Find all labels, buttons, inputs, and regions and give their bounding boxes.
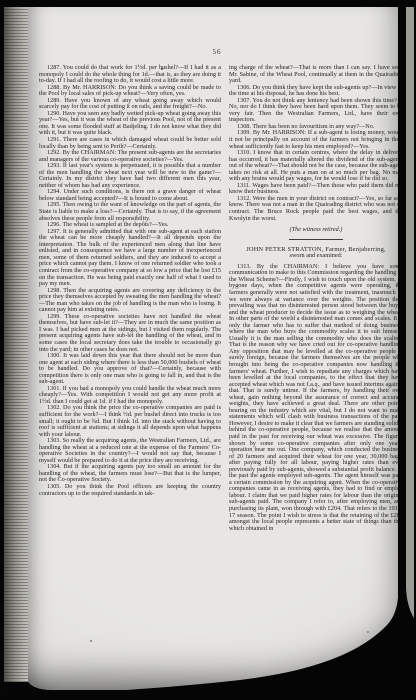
witness-retired-note: (The witness retired.) bbox=[229, 227, 403, 234]
qa-paragraph: 1300. It was laid down this year that th… bbox=[39, 353, 221, 386]
qa-paragraph: 1304. But if the acquiring agents pay to… bbox=[39, 464, 221, 484]
qa-paragraph: 1306. Do you think they have kept the su… bbox=[229, 85, 403, 98]
qa-paragraph: 1302. Do you think the price the co-oper… bbox=[39, 405, 221, 438]
qa-paragraph: 1311. Wages have been paid?—Then those w… bbox=[229, 183, 403, 196]
qa-paragraph: 1307. You do not think any leniency had … bbox=[229, 98, 403, 124]
left-text-column: 1287. You could do that work for 1½d. pe… bbox=[39, 65, 221, 532]
qa-paragraph: 1293. If last year's system is perpetuat… bbox=[39, 163, 221, 189]
qa-paragraph: 1310. I know that in certain centres, wh… bbox=[229, 150, 403, 183]
testimony-paragraph: 1313. By the CHAIRMAN: I believe you hav… bbox=[229, 264, 403, 532]
qa-paragraph: 1312. Were the men in your district on c… bbox=[229, 196, 403, 222]
qa-paragraph: 1298. Then the acquiring agents are cove… bbox=[39, 288, 221, 314]
text-columns: 1287. You could do that work for 1½d. pe… bbox=[39, 65, 403, 532]
qa-paragraph: 1309. By Mr. HARRISON: If a sub-agent is… bbox=[229, 130, 403, 150]
section-divider bbox=[289, 239, 343, 240]
qa-paragraph: 1289. Have you known of any wheat going … bbox=[39, 98, 221, 111]
qa-paragraph: 1299. These co-operative societies have … bbox=[39, 314, 221, 353]
right-text-column: ing charge of the wheat?—That is more th… bbox=[229, 65, 403, 532]
qa-paragraph: 1287. You could do that work for 1½d. pe… bbox=[39, 65, 221, 85]
paper-speck bbox=[367, 631, 369, 633]
qa-paragraph: 1305. Do you think the Pool officers are… bbox=[39, 484, 221, 497]
qa-paragraph: 1295. Then owing to the want of knowledg… bbox=[39, 202, 221, 222]
witness-subheading: sworn and examined: bbox=[229, 253, 403, 260]
paper-speck bbox=[90, 640, 92, 642]
book-spine-pages bbox=[4, 6, 29, 682]
qa-paragraph: 1301. If you had a monopoly you could ha… bbox=[39, 386, 221, 406]
qa-paragraph: 1303. So really the acquiring agents, th… bbox=[39, 438, 221, 464]
book-photo: 56 1287. You could do that work for 1½d.… bbox=[0, 0, 416, 700]
document-page: 56 1287. You could do that work for 1½d.… bbox=[28, 7, 406, 690]
qa-paragraph: 1288. By Mr. HARRISON: Do you think a sa… bbox=[39, 85, 221, 98]
paper-speck bbox=[161, 68, 163, 70]
qa-paragraph: 1297. It is generally admitted that with… bbox=[39, 229, 221, 288]
qa-paragraph-continuation: ing charge of the wheat?—That is more th… bbox=[229, 65, 403, 85]
adjacent-page-edge bbox=[406, 2, 414, 618]
qa-paragraph: 1290. Have you seen any badly wetted pic… bbox=[39, 111, 221, 137]
page-number: 56 bbox=[28, 48, 406, 56]
